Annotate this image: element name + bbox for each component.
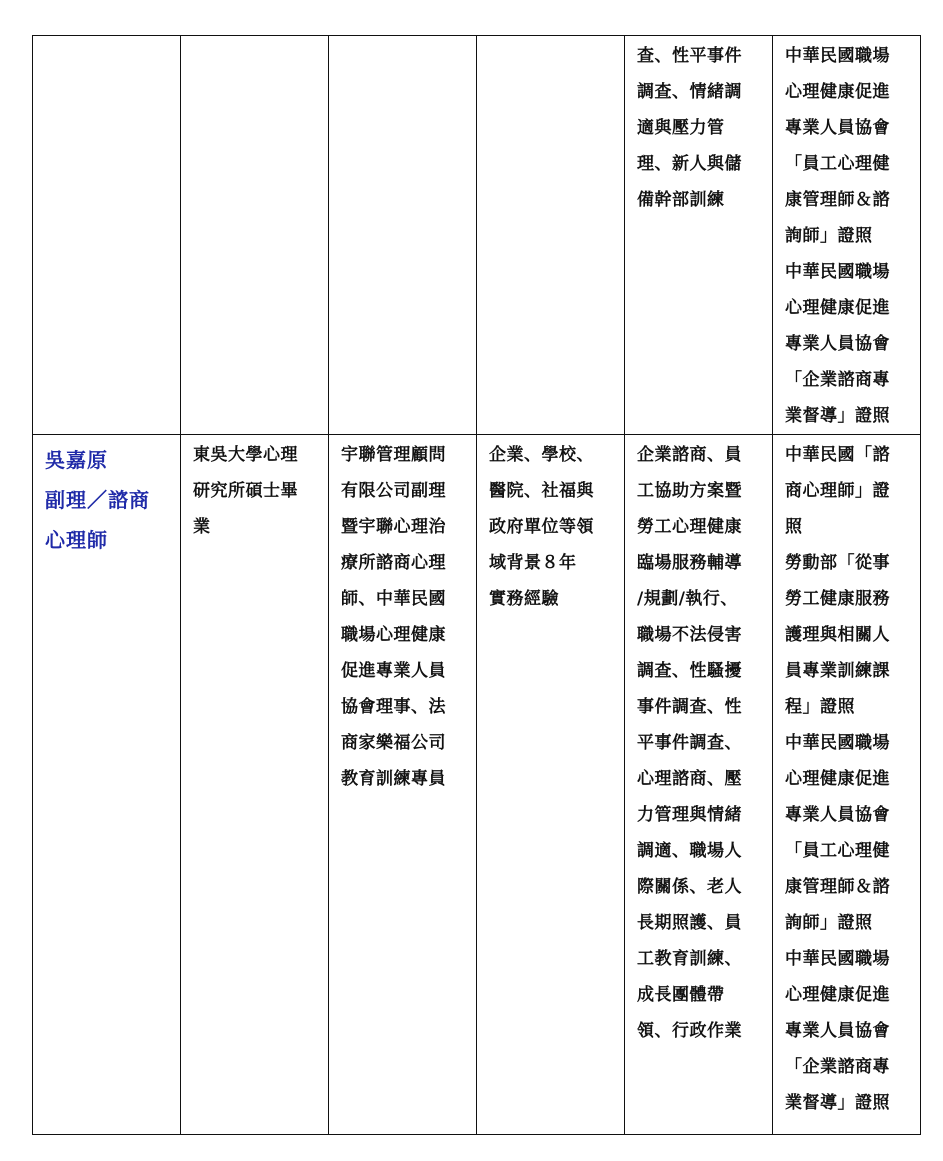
cell-text-line: 實務經驗 — [489, 581, 616, 617]
cell-text-line: 程」證照 — [785, 689, 912, 725]
table-row: 查、性平事件調查、情緒調適與壓力管理、新人與儲備幹部訓練 中華民國職場心理健康促… — [33, 36, 921, 435]
cell-text-line: 力管理與情緒 — [637, 797, 764, 833]
cell-text-line: 協會理事、法 — [341, 689, 468, 725]
name-cell: 吳嘉原副理／諮商心理師 — [33, 435, 181, 1135]
staff-name-line: 副理／諮商 — [45, 480, 172, 520]
cell-text-line: 中華民國職場 — [785, 38, 912, 74]
cell-text-line: 企業、學校、 — [489, 437, 616, 473]
cell-text-line: 商心理師」證 — [785, 473, 912, 509]
cell-text-line: 教育訓練專員 — [341, 761, 468, 797]
expertise-cell: 企業諮商、員工協助方案暨勞工心理健康臨場服務輔導/規劃/執行、職場不法侵害調查、… — [625, 435, 773, 1135]
cell-text-line: 域背景８年 — [489, 545, 616, 581]
cell-text-line: 促進專業人員 — [341, 653, 468, 689]
cell-text-line: 「企業諮商專 — [785, 1049, 912, 1085]
table-row: 吳嘉原副理／諮商心理師 東吳大學心理研究所碩士畢業 宇聯管理顧問有限公司副理暨宇… — [33, 435, 921, 1135]
cell-text-line: 備幹部訓練 — [637, 182, 764, 218]
staff-name-line: 心理師 — [45, 520, 172, 560]
cell-text-line: 「員工心理健 — [785, 833, 912, 869]
cell-text-line: 平事件調查、 — [637, 725, 764, 761]
cell-text-line: 業督導」證照 — [785, 398, 912, 434]
cell-text-line: 調適、職場人 — [637, 833, 764, 869]
cell-text-line: 護理與相關人 — [785, 617, 912, 653]
cell-text-line: 理、新人與儲 — [637, 146, 764, 182]
cell-text-line: 心理健康促進 — [785, 977, 912, 1013]
cell-text-line: 中華民國職場 — [785, 725, 912, 761]
staff-name-line: 吳嘉原 — [45, 440, 172, 480]
cell-text-line: 心理健康促進 — [785, 761, 912, 797]
staff-table: 查、性平事件調查、情緒調適與壓力管理、新人與儲備幹部訓練 中華民國職場心理健康促… — [32, 35, 921, 1135]
cell-text-line: 職場心理健康 — [341, 617, 468, 653]
cell-text-line: 中華民國職場 — [785, 941, 912, 977]
cell-text-line: 中華民國「諮 — [785, 437, 912, 473]
certification-cell: 中華民國職場心理健康促進專業人員協會「員工心理健康管理師＆諮詢師」證照中華民國職… — [773, 36, 921, 435]
education-cell — [181, 36, 329, 435]
cell-text-line: 業 — [193, 509, 320, 545]
cell-text-line: 康管理師＆諮 — [785, 182, 912, 218]
cell-text-line: 康管理師＆諮 — [785, 869, 912, 905]
cell-text-line: 政府單位等領 — [489, 509, 616, 545]
cell-text-line: 中華民國職場 — [785, 254, 912, 290]
cell-text-line: 醫院、社福與 — [489, 473, 616, 509]
cell-text-line: 領、行政作業 — [637, 1013, 764, 1049]
cell-text-line: 詢師」證照 — [785, 905, 912, 941]
cell-text-line: 「企業諮商專 — [785, 362, 912, 398]
cell-text-line: 師、中華民國 — [341, 581, 468, 617]
cell-text-line: 專業人員協會 — [785, 326, 912, 362]
current-position-cell — [329, 36, 477, 435]
cell-text-line: 專業人員協會 — [785, 797, 912, 833]
cell-text-line: 查、性平事件 — [637, 38, 764, 74]
cell-text-line: 有限公司副理 — [341, 473, 468, 509]
name-cell — [33, 36, 181, 435]
cell-text-line: 宇聯管理顧問 — [341, 437, 468, 473]
cell-text-line: 臨場服務輔導 — [637, 545, 764, 581]
cell-text-line: 心理健康促進 — [785, 74, 912, 110]
cell-text-line: 研究所碩士畢 — [193, 473, 320, 509]
background-cell — [477, 36, 625, 435]
cell-text-line: 療所諮商心理 — [341, 545, 468, 581]
cell-text-line: 暨宇聯心理治 — [341, 509, 468, 545]
cell-text-line: 事件調查、性 — [637, 689, 764, 725]
cell-text-line: 工協助方案暨 — [637, 473, 764, 509]
cell-text-line: 東吳大學心理 — [193, 437, 320, 473]
cell-text-line: 際關係、老人 — [637, 869, 764, 905]
education-cell: 東吳大學心理研究所碩士畢業 — [181, 435, 329, 1135]
cell-text-line: 勞工心理健康 — [637, 509, 764, 545]
current-position-cell: 宇聯管理顧問有限公司副理暨宇聯心理治療所諮商心理師、中華民國職場心理健康促進專業… — [329, 435, 477, 1135]
cell-text-line: 工教育訓練、 — [637, 941, 764, 977]
cell-text-line: 長期照護、員 — [637, 905, 764, 941]
expertise-cell: 查、性平事件調查、情緒調適與壓力管理、新人與儲備幹部訓練 — [625, 36, 773, 435]
cell-text-line: 商家樂福公司 — [341, 725, 468, 761]
cell-text-line: 心理健康促進 — [785, 290, 912, 326]
cell-text-line: 員專業訓練課 — [785, 653, 912, 689]
cell-text-line: 專業人員協會 — [785, 110, 912, 146]
cell-text-line: 勞工健康服務 — [785, 581, 912, 617]
cell-text-line: 成長團體帶 — [637, 977, 764, 1013]
cell-text-line: 勞動部「從事 — [785, 545, 912, 581]
cell-text-line: 企業諮商、員 — [637, 437, 764, 473]
cell-text-line: 心理諮商、壓 — [637, 761, 764, 797]
cell-text-line: 適與壓力管 — [637, 110, 764, 146]
cell-text-line: 照 — [785, 509, 912, 545]
cell-text-line: /規劃/執行、 — [637, 581, 764, 617]
cell-text-line: 調查、情緒調 — [637, 74, 764, 110]
cell-text-line: 業督導」證照 — [785, 1085, 912, 1121]
certification-cell: 中華民國「諮商心理師」證照勞動部「從事勞工健康服務護理與相關人員專業訓練課程」證… — [773, 435, 921, 1135]
cell-text-line: 詢師」證照 — [785, 218, 912, 254]
cell-text-line: 專業人員協會 — [785, 1013, 912, 1049]
cell-text-line: 「員工心理健 — [785, 146, 912, 182]
cell-text-line: 調查、性騷擾 — [637, 653, 764, 689]
background-cell: 企業、學校、醫院、社福與政府單位等領域背景８年實務經驗 — [477, 435, 625, 1135]
cell-text-line: 職場不法侵害 — [637, 617, 764, 653]
